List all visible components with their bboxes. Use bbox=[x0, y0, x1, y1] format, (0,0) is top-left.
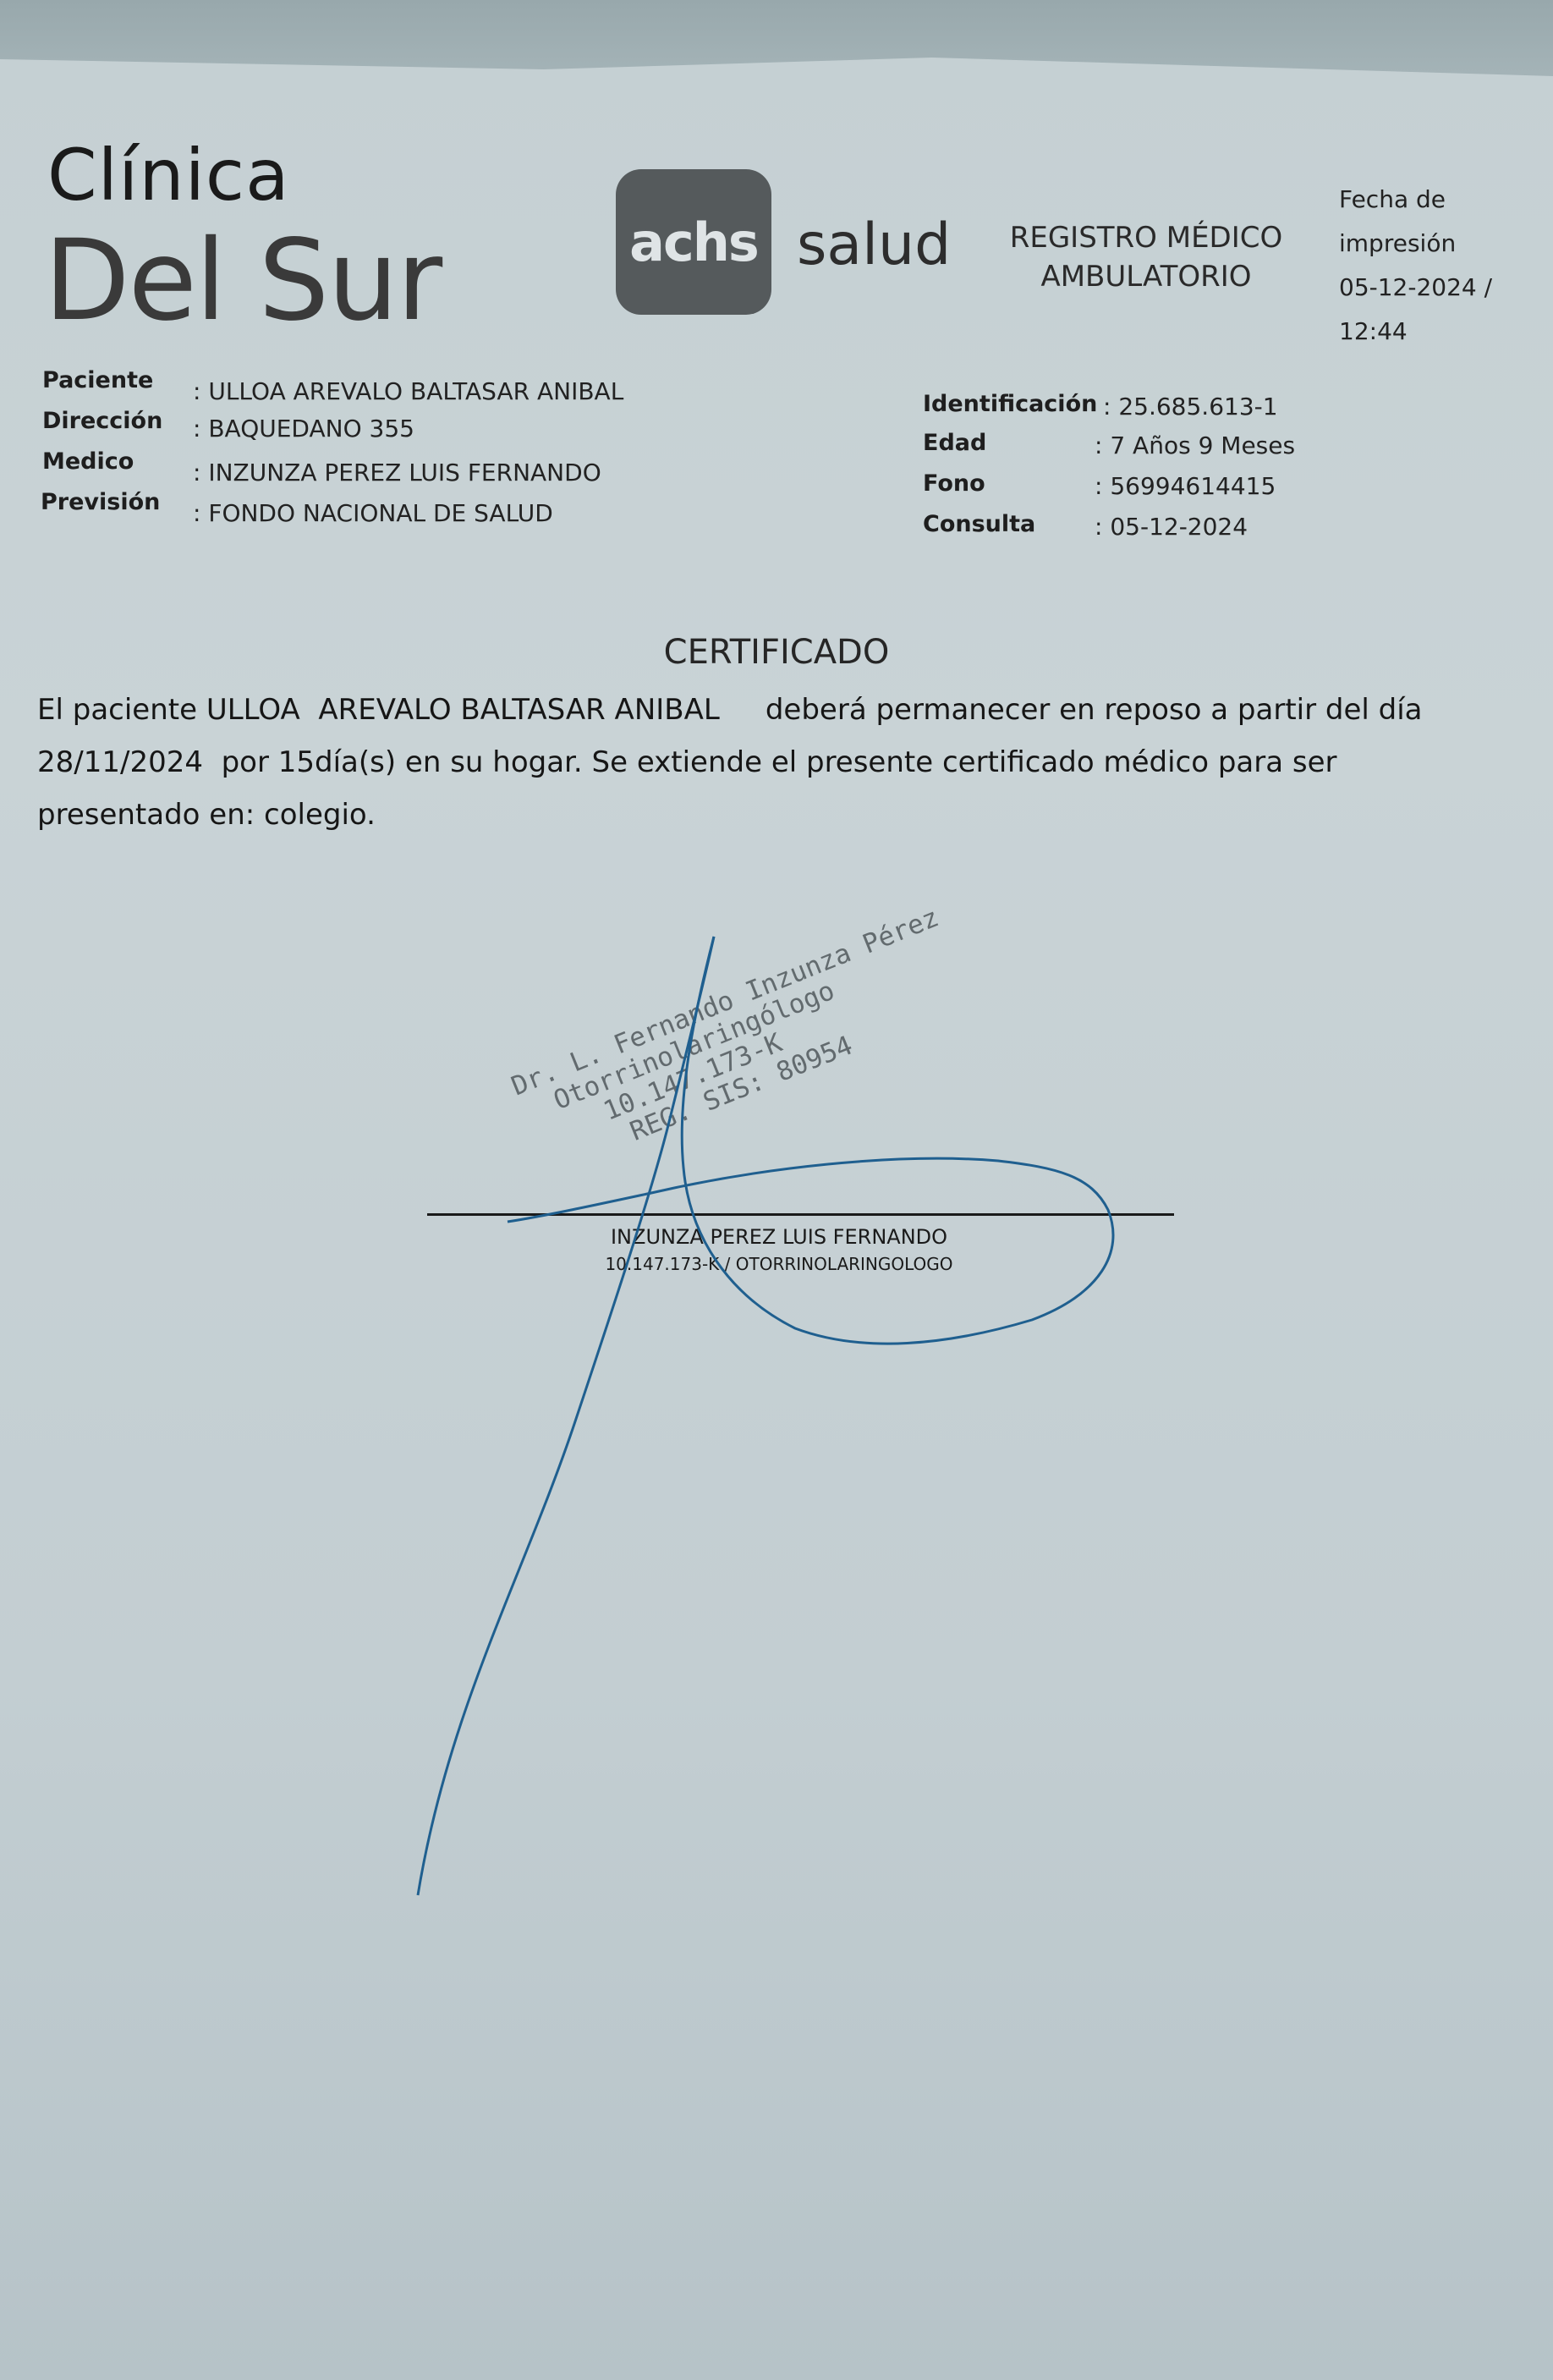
handwritten-signature bbox=[0, 0, 1553, 2380]
